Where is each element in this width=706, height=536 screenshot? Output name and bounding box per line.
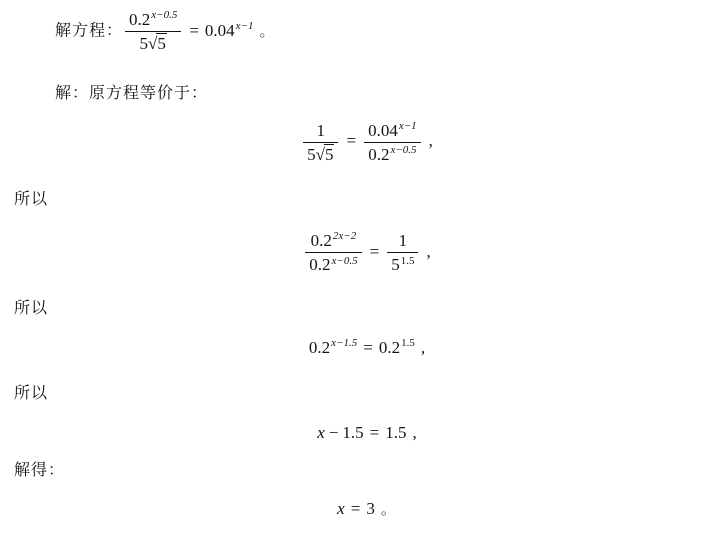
period-mark: 。	[259, 24, 275, 40]
eq1-rhs-fraction: 0.04x−10.2x−0.5	[364, 119, 421, 167]
fraction-denominator: 5√5	[125, 32, 181, 55]
therefore-label: 所以	[14, 191, 48, 208]
equation-1: 15√5=0.04x−10.2x−0.5,	[0, 119, 706, 167]
exponent: x−0.5	[332, 255, 358, 267]
eq1-lhs-fraction: 15√5	[303, 119, 338, 167]
fraction-numerator: 0.04x−1	[364, 119, 421, 143]
fraction-numerator: 0.22x−2	[305, 229, 361, 253]
exponent: 2x−2	[333, 230, 356, 242]
comma-mark: ,	[429, 131, 433, 150]
comma-mark: ,	[421, 338, 425, 357]
exponent: x−1	[399, 120, 417, 132]
variable-x: x	[337, 499, 345, 518]
comma-mark: ,	[412, 423, 416, 442]
base-value: 0.2	[129, 10, 150, 29]
lhs-exponent: x−1.5	[331, 337, 357, 349]
rhs-number: 1.5	[385, 423, 406, 442]
equation-4: x−1.5=1.5,	[0, 423, 706, 443]
fraction-numerator: 1	[303, 119, 338, 143]
fraction-numerator: 0.2x−0.5	[125, 8, 181, 32]
fraction-denominator: 0.2x−0.5	[305, 253, 361, 276]
lhs-base: 0.2	[309, 338, 330, 357]
rhs-base: 0.04	[205, 21, 235, 40]
coefficient: 5	[307, 145, 316, 164]
period-mark: 。	[381, 502, 397, 518]
minus-sign: −	[329, 423, 339, 442]
variable-x: x	[317, 423, 325, 442]
solution-intro-label: 解：原方程等价于：	[55, 85, 208, 102]
exponent: 1.5	[401, 255, 415, 267]
base-value: 0.2	[368, 145, 389, 164]
solve-result-intro: 解得：	[14, 457, 706, 480]
solution-intro: 解：原方程等价于：	[55, 80, 706, 103]
equation-3: 0.2x−1.5=0.21.5,	[0, 338, 706, 358]
radicand: 5	[324, 144, 335, 164]
rhs-number: 3	[366, 499, 375, 518]
base-value: 5	[391, 255, 400, 274]
equals-sign: =	[370, 242, 380, 261]
fraction-denominator: 0.2x−0.5	[364, 143, 421, 166]
problem-equation: 0.2x−0.55√5=0.04x−1。	[123, 21, 275, 40]
therefore-2: 所以	[14, 295, 706, 318]
coefficient: 5	[140, 34, 149, 53]
equals-sign: =	[351, 499, 361, 518]
base-value: 0.2	[311, 231, 332, 250]
base-value: 0.04	[368, 121, 398, 140]
therefore-label: 所以	[14, 300, 48, 317]
rhs-exponent: 1.5	[401, 337, 415, 349]
therefore-3: 所以	[14, 380, 706, 403]
equals-sign: =	[346, 131, 356, 150]
base-value: 0.2	[309, 255, 330, 274]
rhs-base: 0.2	[379, 338, 400, 357]
problem-fraction: 0.2x−0.55√5	[125, 8, 181, 56]
fraction-denominator: 5√5	[303, 143, 338, 166]
therefore-label: 所以	[14, 385, 48, 402]
eq2-rhs-fraction: 151.5	[387, 229, 418, 277]
problem-label: 解方程：	[55, 23, 123, 40]
rhs-exponent: x−1	[236, 20, 254, 32]
exponent: x−0.5	[151, 9, 177, 21]
radicand: 5	[156, 33, 167, 53]
equation-5: x=3。	[0, 498, 706, 519]
comma-mark: ,	[426, 242, 430, 261]
lhs-number: 1.5	[342, 423, 363, 442]
solve-label: 解得：	[14, 462, 65, 479]
problem-statement: 解方程：0.2x−0.55√5=0.04x−1。	[55, 0, 706, 56]
math-document: 解方程：0.2x−0.55√5=0.04x−1。 解：原方程等价于： 15√5=…	[0, 0, 706, 536]
equals-sign: =	[363, 338, 373, 357]
equals-sign: =	[370, 423, 380, 442]
therefore-1: 所以	[14, 186, 706, 209]
exponent: x−0.5	[390, 144, 416, 156]
fraction-denominator: 51.5	[387, 253, 418, 276]
fraction-numerator: 1	[387, 229, 418, 253]
equation-2: 0.22x−20.2x−0.5=151.5,	[0, 229, 706, 277]
equals-sign: =	[189, 21, 199, 40]
eq2-lhs-fraction: 0.22x−20.2x−0.5	[305, 229, 361, 277]
